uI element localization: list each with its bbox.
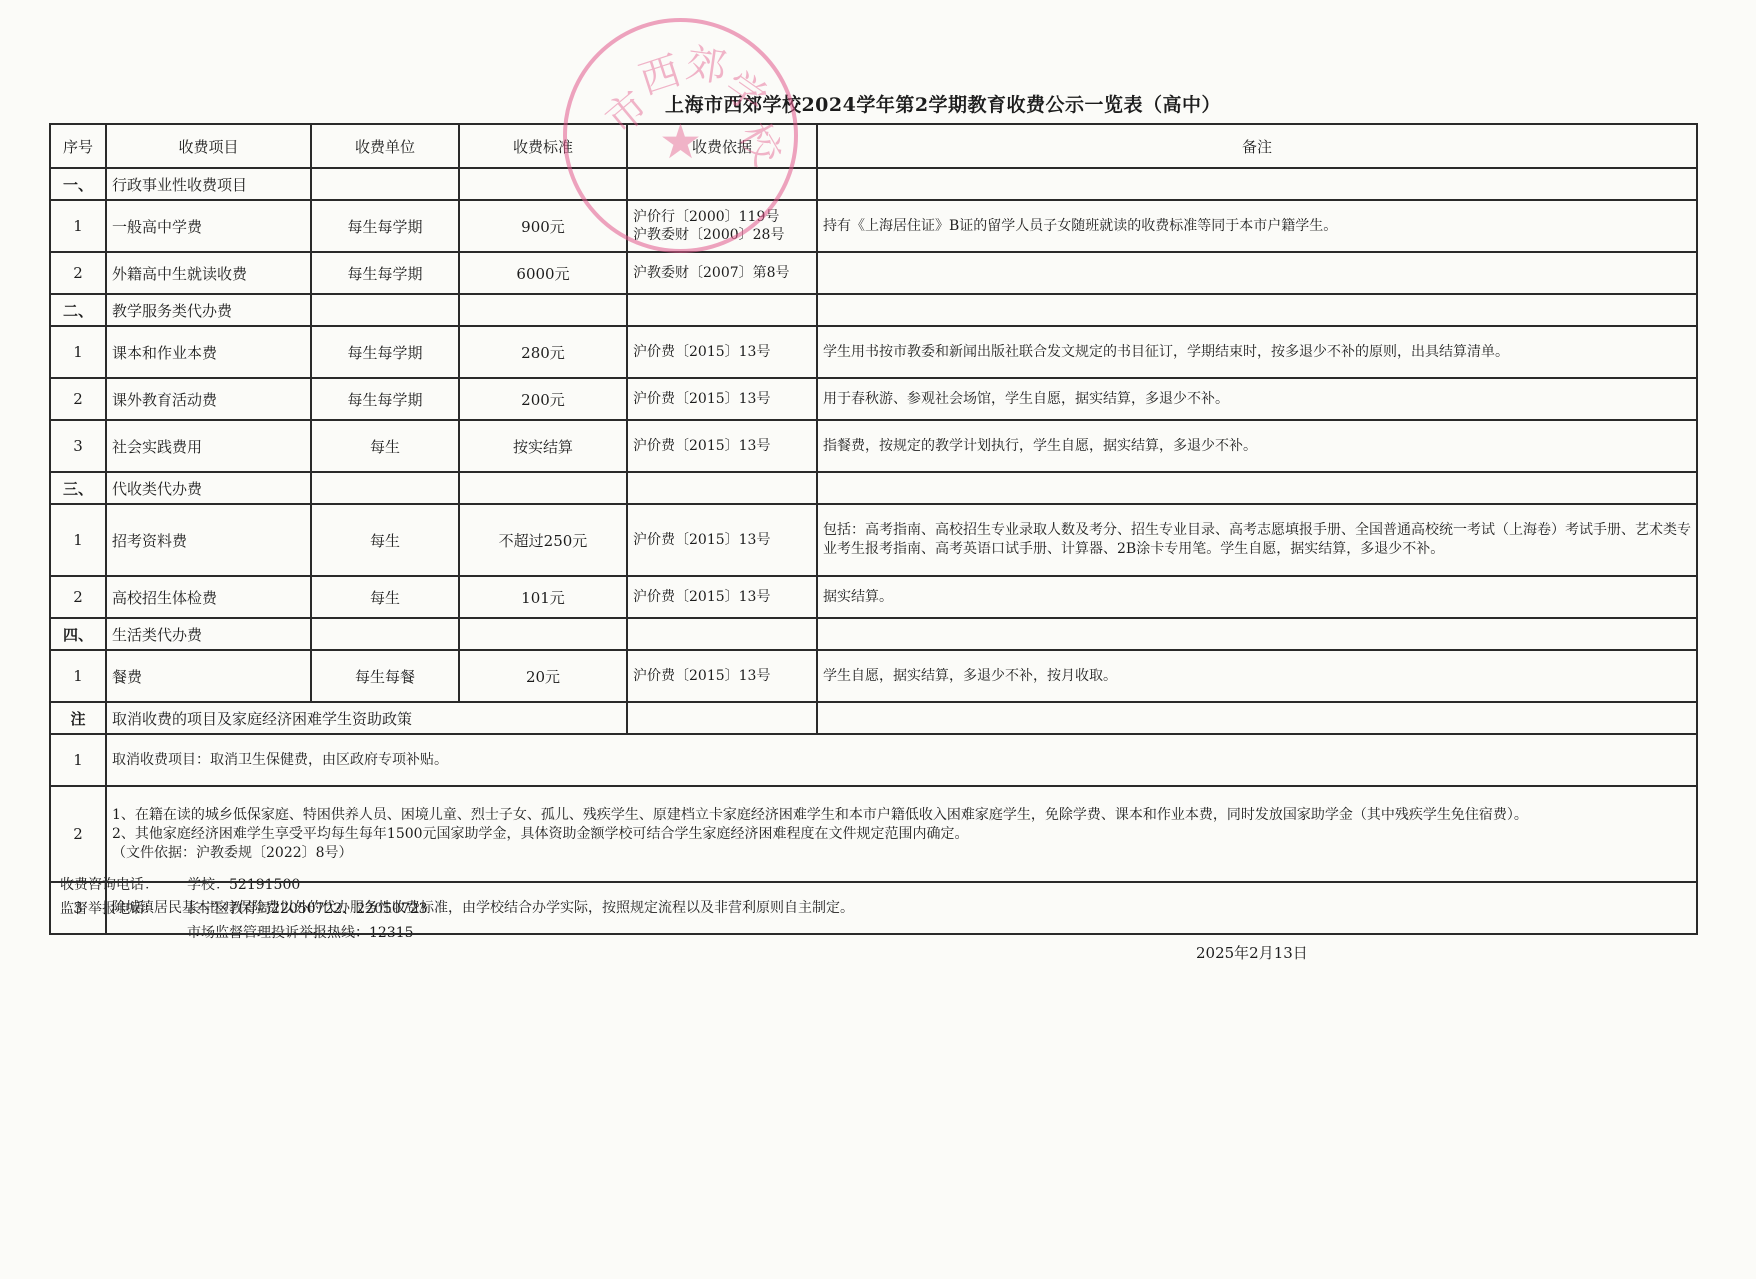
section-index: 三、 — [50, 472, 106, 504]
fee-item: 一般高中学费 — [106, 200, 311, 252]
basis-line: 沪教委财〔2007〕第8号 — [633, 264, 811, 282]
fee-basis: 沪价费〔2015〕13号 — [627, 326, 817, 378]
table-row: 2课外教育活动费每生每学期200元沪价费〔2015〕13号用于春秋游、参观社会场… — [50, 378, 1697, 420]
basis-line: 沪教委财〔2000〕28号 — [633, 226, 811, 244]
table-header-row: 序号 收费项目 收费单位 收费标准 收费依据 备注 — [50, 124, 1697, 168]
fee-remark — [817, 252, 1697, 294]
document-title: 上海市西郊学校2024学年第2学期教育收费公示一览表（高中） — [0, 90, 1756, 117]
note-row: 1取消收费项目：取消卫生保健费，由区政府专项补贴。 — [50, 734, 1697, 786]
note-line: 1、在籍在读的城乡低保家庭、特困供养人员、困境儿童、烈士子女、孤儿、残疾学生、原… — [112, 806, 1691, 825]
section-row: 四、生活类代办费 — [50, 618, 1697, 650]
empty-cell — [311, 294, 459, 326]
fee-remark: 持有《上海居住证》B证的留学人员子女随班就读的收费标准等同于本市户籍学生。 — [817, 200, 1697, 252]
empty-cell — [627, 168, 817, 200]
document-date: 2025年2月13日 — [1196, 942, 1308, 963]
table-row: 1餐费每生每餐20元沪价费〔2015〕13号学生自愿，据实结算，多退少不补，按月… — [50, 650, 1697, 702]
section-index: 二、 — [50, 294, 106, 326]
note-text: 除城镇居民基本医疗保险费以外的代办服务性收费标准，由学校结合办学实际，按照规定流… — [106, 882, 1697, 934]
row-number: 1 — [50, 200, 106, 252]
fee-standard: 20元 — [459, 650, 627, 702]
stamp-glyph: 郊 — [683, 31, 731, 93]
table-row: 1一般高中学费每生每学期900元沪价行〔2000〕119号沪教委财〔2000〕2… — [50, 200, 1697, 252]
note-text: 1、在籍在读的城乡低保家庭、特困供养人员、困境儿童、烈士子女、孤儿、残疾学生、原… — [106, 786, 1697, 882]
table-row: 1课本和作业本费每生每学期280元沪价费〔2015〕13号学生用书按市教委和新闻… — [50, 326, 1697, 378]
fee-basis: 沪价费〔2015〕13号 — [627, 504, 817, 576]
empty-cell — [627, 702, 817, 734]
note-number: 3 — [50, 882, 106, 934]
section-index: 一、 — [50, 168, 106, 200]
empty-cell — [459, 472, 627, 504]
fee-item: 餐费 — [106, 650, 311, 702]
table-row: 2高校招生体检费每生101元沪价费〔2015〕13号据实结算。 — [50, 576, 1697, 618]
header-remark: 备注 — [817, 124, 1697, 168]
basis-line: 沪价行〔2000〕119号 — [633, 208, 811, 226]
empty-cell — [311, 168, 459, 200]
note-number: 2 — [50, 786, 106, 882]
fee-remark: 学生自愿，据实结算，多退少不补，按月收取。 — [817, 650, 1697, 702]
fee-standard: 280元 — [459, 326, 627, 378]
table-row: 1招考资料费每生不超过250元沪价费〔2015〕13号包括：高考指南、高校招生专… — [50, 504, 1697, 576]
fee-item: 招考资料费 — [106, 504, 311, 576]
row-number: 2 — [50, 252, 106, 294]
section-row: 二、教学服务类代办费 — [50, 294, 1697, 326]
section-name: 行政事业性收费项目 — [106, 168, 311, 200]
section-name: 代收类代办费 — [106, 472, 311, 504]
row-number: 1 — [50, 504, 106, 576]
fee-remark: 据实结算。 — [817, 576, 1697, 618]
row-number: 1 — [50, 650, 106, 702]
basis-line: 沪价费〔2015〕13号 — [633, 588, 811, 606]
table-body: 一、行政事业性收费项目1一般高中学费每生每学期900元沪价行〔2000〕119号… — [50, 168, 1697, 934]
header-no: 序号 — [50, 124, 106, 168]
note-row: 3除城镇居民基本医疗保险费以外的代办服务性收费标准，由学校结合办学实际，按照规定… — [50, 882, 1697, 934]
fee-item: 课外教育活动费 — [106, 378, 311, 420]
empty-cell — [817, 294, 1697, 326]
notes-title: 取消收费的项目及家庭经济困难学生资助政策 — [106, 702, 627, 734]
fee-unit: 每生 — [311, 420, 459, 472]
empty-cell — [459, 294, 627, 326]
fee-unit: 每生每学期 — [311, 326, 459, 378]
section-name: 生活类代办费 — [106, 618, 311, 650]
fee-basis: 沪价行〔2000〕119号沪教委财〔2000〕28号 — [627, 200, 817, 252]
fee-standard: 900元 — [459, 200, 627, 252]
basis-line: 沪价费〔2015〕13号 — [633, 437, 811, 455]
fee-basis: 沪价费〔2015〕13号 — [627, 420, 817, 472]
fee-unit: 每生每餐 — [311, 650, 459, 702]
fee-remark: 指餐费，按规定的教学计划执行，学生自愿，据实结算，多退少不补。 — [817, 420, 1697, 472]
fee-unit: 每生每学期 — [311, 252, 459, 294]
empty-cell — [627, 472, 817, 504]
note-line: （文件依据：沪教委规〔2022〕8号） — [112, 844, 1691, 863]
section-name: 教学服务类代办费 — [106, 294, 311, 326]
fee-item: 社会实践费用 — [106, 420, 311, 472]
empty-cell — [817, 168, 1697, 200]
fee-unit: 每生每学期 — [311, 200, 459, 252]
table-row: 2外籍高中生就读收费每生每学期6000元沪教委财〔2007〕第8号 — [50, 252, 1697, 294]
fee-basis: 沪价费〔2015〕13号 — [627, 576, 817, 618]
note-row: 21、在籍在读的城乡低保家庭、特困供养人员、困境儿童、烈士子女、孤儿、残疾学生、… — [50, 786, 1697, 882]
row-number: 3 — [50, 420, 106, 472]
fee-standard: 6000元 — [459, 252, 627, 294]
note-line: 2、其他家庭经济困难学生享受平均每生每年1500元国家助学金，具体资助金额学校可… — [112, 825, 1691, 844]
empty-cell — [459, 618, 627, 650]
row-number: 2 — [50, 576, 106, 618]
notes-header-row: 注取消收费的项目及家庭经济困难学生资助政策 — [50, 702, 1697, 734]
note-number: 1 — [50, 734, 106, 786]
fee-standard: 101元 — [459, 576, 627, 618]
fee-item: 高校招生体检费 — [106, 576, 311, 618]
fee-basis: 沪价费〔2015〕13号 — [627, 650, 817, 702]
empty-cell — [459, 168, 627, 200]
basis-line: 沪价费〔2015〕13号 — [633, 390, 811, 408]
fee-remark: 用于春秋游、参观社会场馆，学生自愿，据实结算，多退少不补。 — [817, 378, 1697, 420]
section-index: 四、 — [50, 618, 106, 650]
notes-index: 注 — [50, 702, 106, 734]
section-row: 三、代收类代办费 — [50, 472, 1697, 504]
note-text: 取消收费项目：取消卫生保健费，由区政府专项补贴。 — [106, 734, 1697, 786]
empty-cell — [817, 702, 1697, 734]
header-unit: 收费单位 — [311, 124, 459, 168]
empty-cell — [311, 472, 459, 504]
header-item: 收费项目 — [106, 124, 311, 168]
empty-cell — [627, 618, 817, 650]
fee-table: 序号 收费项目 收费单位 收费标准 收费依据 备注 一、行政事业性收费项目1一般… — [49, 123, 1698, 935]
fee-basis: 沪教委财〔2007〕第8号 — [627, 252, 817, 294]
row-number: 1 — [50, 326, 106, 378]
header-standard: 收费标准 — [459, 124, 627, 168]
empty-cell — [817, 472, 1697, 504]
row-number: 2 — [50, 378, 106, 420]
fee-unit: 每生 — [311, 504, 459, 576]
basis-line: 沪价费〔2015〕13号 — [633, 343, 811, 361]
empty-cell — [627, 294, 817, 326]
fee-item: 外籍高中生就读收费 — [106, 252, 311, 294]
table-row: 3社会实践费用每生按实结算沪价费〔2015〕13号指餐费，按规定的教学计划执行，… — [50, 420, 1697, 472]
fee-item: 课本和作业本费 — [106, 326, 311, 378]
fee-unit: 每生 — [311, 576, 459, 618]
fee-standard: 按实结算 — [459, 420, 627, 472]
fee-remark: 包括：高考指南、高校招生专业录取人数及考分、招生专业目录、高考志愿填报手册、全国… — [817, 504, 1697, 576]
fee-standard: 200元 — [459, 378, 627, 420]
fee-standard: 不超过250元 — [459, 504, 627, 576]
empty-cell — [817, 618, 1697, 650]
section-row: 一、行政事业性收费项目 — [50, 168, 1697, 200]
basis-line: 沪价费〔2015〕13号 — [633, 667, 811, 685]
empty-cell — [311, 618, 459, 650]
header-basis: 收费依据 — [627, 124, 817, 168]
fee-unit: 每生每学期 — [311, 378, 459, 420]
fee-remark: 学生用书按市教委和新闻出版社联合发文规定的书目征订，学期结束时，按多退少不补的原… — [817, 326, 1697, 378]
basis-line: 沪价费〔2015〕13号 — [633, 531, 811, 549]
fee-basis: 沪价费〔2015〕13号 — [627, 378, 817, 420]
